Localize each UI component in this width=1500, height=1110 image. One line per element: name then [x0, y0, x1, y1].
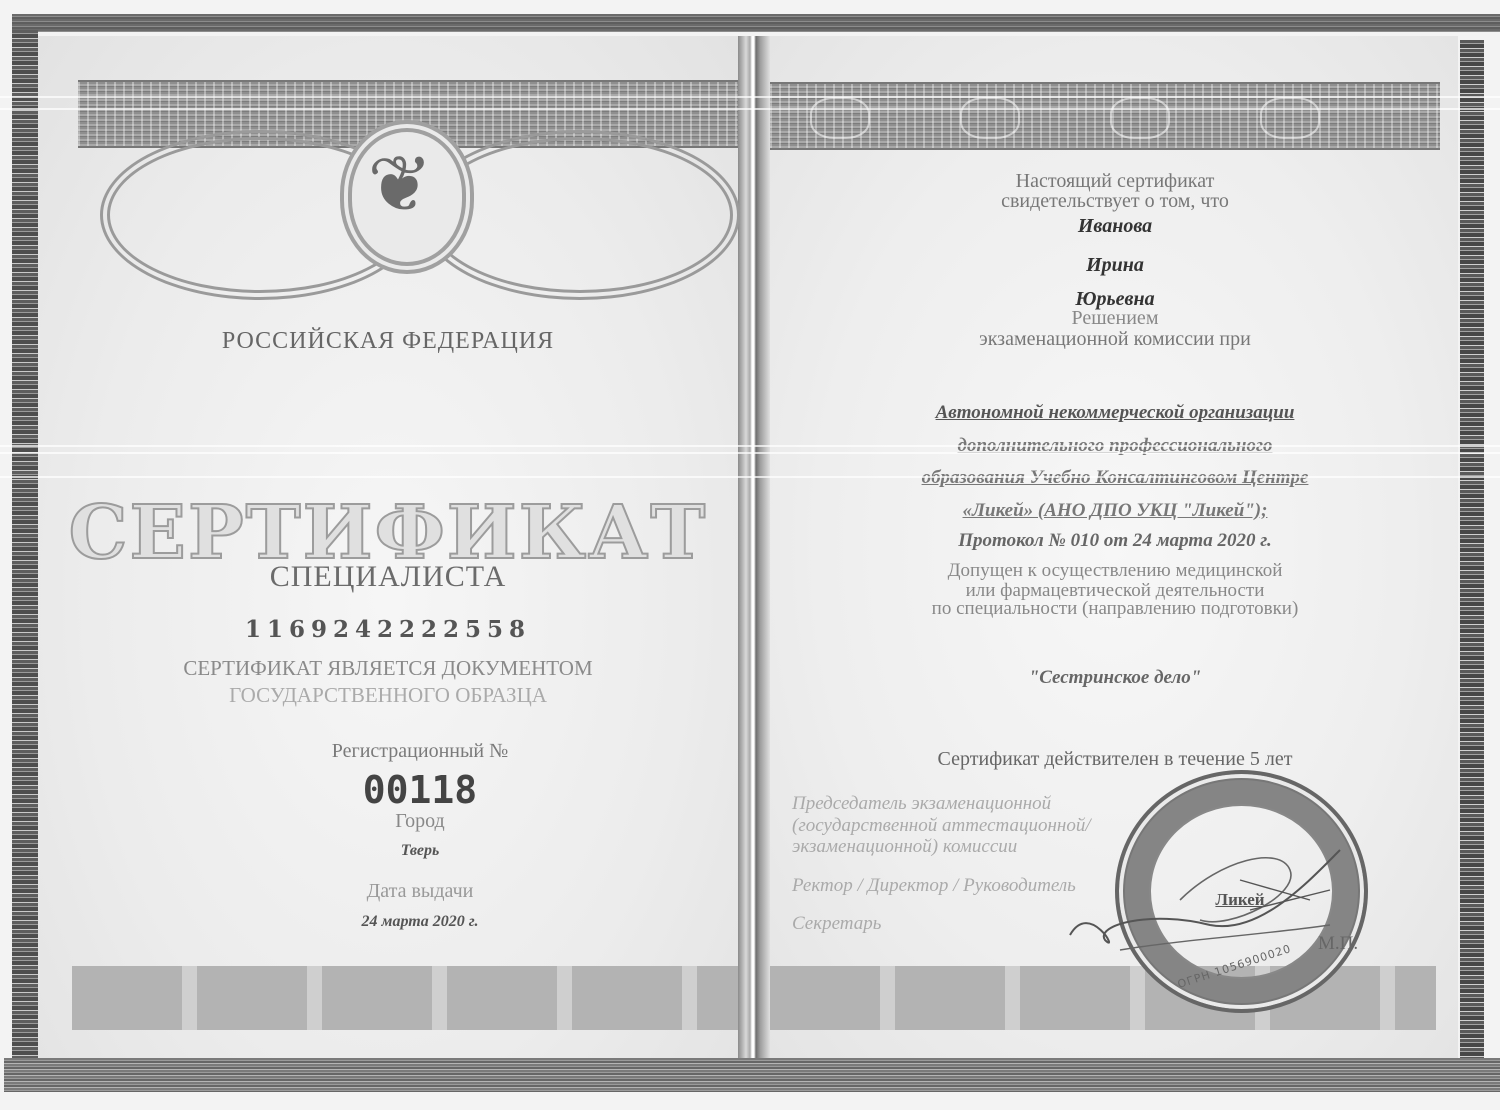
scan-frame-left — [12, 30, 38, 1060]
country-name: РОССИЙСКАЯ ФЕДЕРАЦИЯ — [38, 328, 738, 355]
scan-streak — [0, 108, 1500, 110]
signatory-line: Председатель экзаменационной — [792, 793, 1051, 815]
scan-streak — [0, 476, 1500, 478]
admission-line: Допущен к осуществлению медицинской — [770, 560, 1460, 582]
signatory-line: Ректор / Директор / Руководитель — [792, 875, 1076, 897]
scan-streak — [0, 445, 1500, 447]
scan-frame-bottom — [4, 1058, 1500, 1092]
scan-streak — [0, 452, 1500, 454]
ornament-band-top-right — [770, 82, 1440, 150]
admission-line: по специальности (направлению подготовки… — [770, 598, 1460, 620]
registration-label: Регистрационный № — [280, 740, 560, 763]
serial-number: 1169242222558 — [38, 616, 738, 643]
signatory-line: Секретарь — [792, 913, 881, 935]
holder-surname: Иванова — [770, 215, 1460, 238]
seal-label: М.П. — [1318, 933, 1358, 955]
scan-frame-right — [1460, 40, 1484, 1060]
booklet-spine — [738, 36, 770, 1058]
ornament-band-bottom-right — [770, 966, 1436, 1030]
validity-statement: Сертификат действителен в течение 5 лет — [770, 748, 1460, 771]
city-label: Город — [280, 810, 560, 833]
scan-frame-top — [12, 14, 1500, 32]
issue-date-value: 24 марта 2020 г. — [280, 913, 560, 931]
ornament-motif — [1110, 97, 1170, 139]
ornament-motif — [1260, 97, 1320, 139]
protocol-reference: Протокол № 010 от 24 марта 2020 г. — [770, 530, 1460, 552]
signatory-line: экзаменационной) комиссии — [792, 836, 1017, 858]
decision-line2: экзаменационной комиссии при — [770, 328, 1460, 351]
intro-line2: свидетельствует о том, что — [770, 190, 1460, 213]
scan-streak — [0, 96, 1500, 98]
city-value: Тверь — [280, 842, 560, 860]
organization-line: образования Учебно Консалтинговом Центре — [770, 467, 1460, 489]
holder-first-name: Ирина — [770, 254, 1460, 277]
organization-line: Автономной некоммерческой организации — [770, 402, 1460, 424]
decision-line1: Решением — [770, 307, 1460, 330]
specialty-name: "Сестринское дело" — [770, 667, 1460, 689]
official-note-line1: СЕРТИФИКАТ ЯВЛЯЕТСЯ ДОКУМЕНТОМ — [38, 656, 738, 681]
issue-date-label: Дата выдачи — [280, 880, 560, 903]
signatory-line: (государственной аттестационной/ — [792, 815, 1091, 837]
ornament-motif — [810, 97, 870, 139]
russian-coat-of-arms-icon: ❦ — [360, 135, 440, 235]
certificate-subtitle: СПЕЦИАЛИСТА — [38, 560, 738, 594]
handwritten-signature-icon — [1060, 840, 1350, 960]
official-note-line2: ГОСУДАРСТВЕННОГО ОБРАЗЦА — [38, 683, 738, 708]
organization-line: «Ликей» (АНО ДПО УКЦ "Ликей"); — [770, 500, 1460, 522]
ornament-band-bottom-left — [72, 966, 738, 1030]
registration-number: 00118 — [280, 768, 560, 812]
ornament-motif — [960, 97, 1020, 139]
